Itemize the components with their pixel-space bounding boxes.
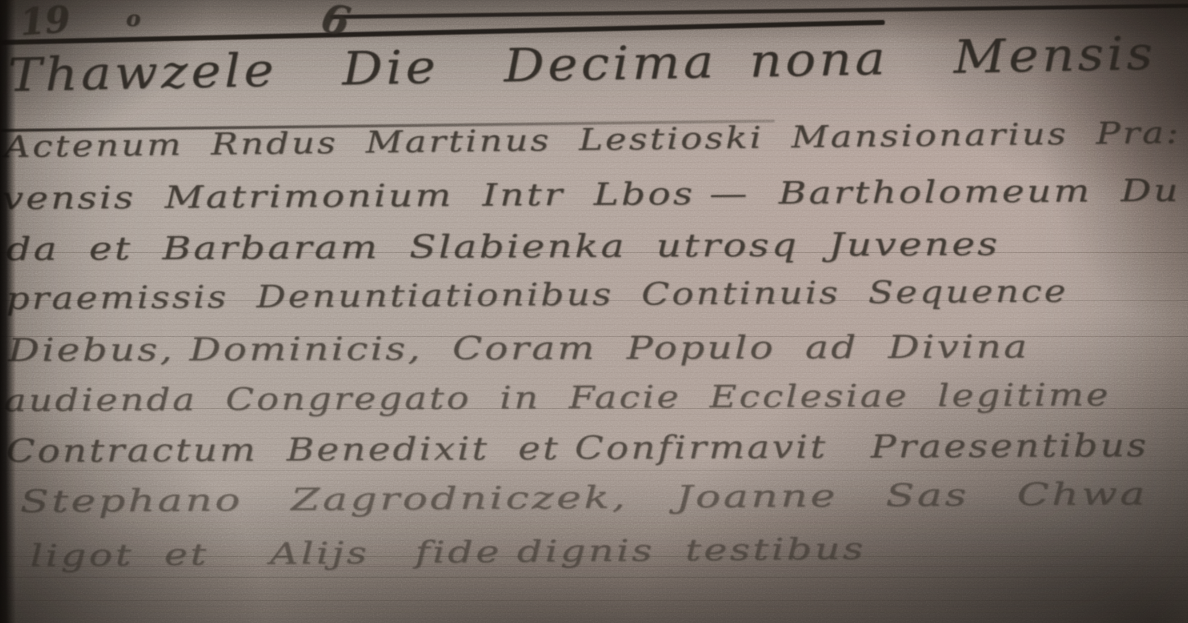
manuscript-line-5: praemissis Denuntiationibus Continuis Se… bbox=[6, 274, 1068, 317]
manuscript-line-10: ligot et Alijs fide dignis testibus bbox=[30, 532, 866, 574]
manuscript-line-6: Diebus, Dominicis, Coram Populo ad Divin… bbox=[8, 327, 1029, 369]
pen-flourish-mark: 6 bbox=[317, 0, 354, 46]
scanned-register-page: 19 o 6 Thawzele Die Decima nona Mensis A… bbox=[0, 0, 1188, 623]
scratch-line bbox=[0, 600, 1188, 601]
scratch-line bbox=[0, 470, 1188, 471]
manuscript-line-9: Stephano Zagrodniczek, Joanne Sas Chwa bbox=[20, 476, 1148, 520]
manuscript-line-3: vensis Matrimonium Intr Lbos — Bartholom… bbox=[2, 173, 1181, 217]
top-right-ruled-line bbox=[330, 4, 1188, 19]
page-number: 19 bbox=[19, 0, 72, 44]
manuscript-line-2: Actenum Rndus Martinus Lestioski Mansion… bbox=[4, 116, 1181, 165]
manuscript-line-8: Contractum Benedixit et Confirmavit Prae… bbox=[6, 426, 1149, 470]
page-number-superscript: o bbox=[126, 6, 141, 32]
scratch-line bbox=[0, 577, 1188, 578]
manuscript-line-4: da et Barbaram Slabienka utrosq Juvenes bbox=[6, 225, 1000, 268]
manuscript-line-7: audienda Congregato in Facie Ecclesiae l… bbox=[4, 377, 1111, 419]
manuscript-line-1: Thawzele Die Decima nona Mensis Apri bbox=[7, 22, 1188, 102]
film-edge-left bbox=[0, 0, 18, 623]
